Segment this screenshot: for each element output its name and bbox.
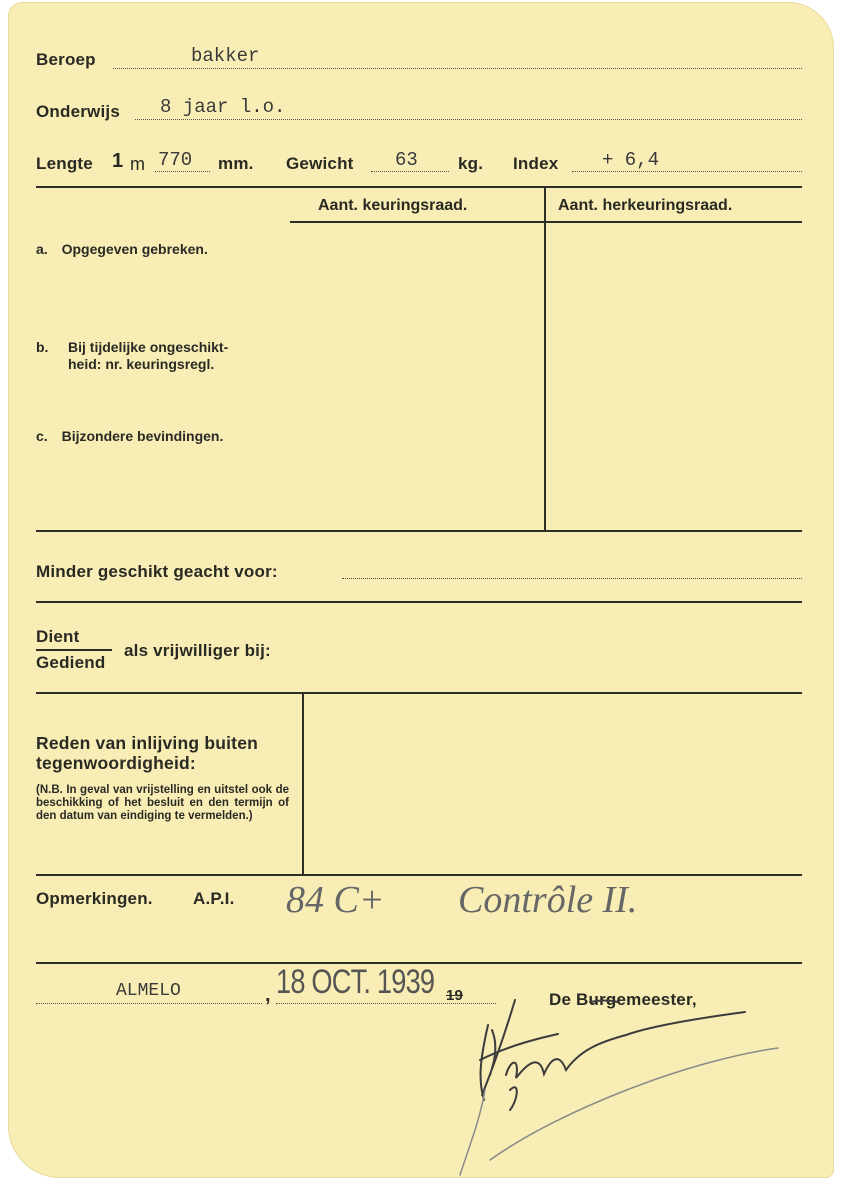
divider [36, 601, 802, 603]
opmerkingen-label: Opmerkingen. [36, 889, 153, 909]
place-field[interactable]: ALMELO [36, 985, 262, 1004]
reden-title-line2: tegenwoordigheid: [36, 753, 258, 773]
herkeuringsraad-cell[interactable] [547, 224, 802, 530]
reden-title: Reden van inlijving buiten tegenwoordigh… [36, 733, 258, 773]
column-divider [544, 188, 546, 531]
row-c: c. Bijzondere bevindingen. [36, 428, 223, 444]
lengte-label: Lengte [36, 154, 93, 174]
row-c-label: Bijzondere bevindingen. [62, 428, 224, 444]
api-label: A.P.I. [193, 889, 235, 909]
row-b: b. Bij tijdelijke ongeschikt- heid: nr. … [36, 339, 48, 356]
reden-divider [302, 693, 304, 875]
comma: , [265, 984, 271, 1007]
opmerkingen-handwritten-code: 84 C+ [286, 878, 385, 922]
row-a-marker: a. [36, 241, 48, 257]
minder-geschikt-label: Minder geschikt geacht voor: [36, 562, 278, 582]
lengte-mm-unit: mm. [218, 154, 254, 174]
dient-label: Dient [36, 627, 80, 647]
lengte-meter-unit: m [130, 154, 145, 175]
row-b-marker: b. [36, 339, 48, 355]
gewicht-value: 63 [395, 149, 418, 171]
gewicht-label: Gewicht [286, 154, 354, 174]
index-field[interactable]: + 6,4 [572, 153, 802, 172]
keuringsraad-cell[interactable] [290, 224, 543, 530]
divider [36, 186, 802, 188]
divider [36, 692, 802, 694]
header-underline [290, 221, 802, 223]
row-b-label-line2: heid: nr. keuringsregl. [68, 356, 214, 373]
col-herkeuringsraad-header: Aant. herkeuringsraad. [558, 197, 732, 215]
beroep-label: Beroep [36, 50, 96, 70]
col-keuringsraad-header: Aant. keuringsraad. [318, 197, 467, 215]
row-c-marker: c. [36, 428, 48, 444]
lengte-mm-field[interactable]: 770 [155, 153, 210, 172]
opmerkingen-handwritten-note: Contrôle II. [458, 878, 637, 922]
onderwijs-value: 8 jaar l.o. [160, 96, 285, 118]
onderwijs-label: Onderwijs [36, 102, 120, 122]
index-label: Index [513, 154, 558, 174]
reden-cell[interactable] [306, 696, 802, 873]
beroep-field[interactable]: bakker [113, 50, 802, 69]
reden-title-line1: Reden van inlijving buiten [36, 733, 258, 753]
index-value: + 6,4 [602, 149, 659, 171]
beroep-value: bakker [191, 45, 259, 67]
divider [36, 530, 802, 532]
gewicht-field[interactable]: 63 [371, 153, 449, 172]
lengte-meter-value: 1 [112, 150, 123, 173]
signature-icon [440, 990, 800, 1180]
date-stamp: 18 OCT. 1939 [276, 963, 434, 1002]
vrijwilliger-label: als vrijwilliger bij: [124, 641, 271, 661]
row-b-label-line1: Bij tijdelijke ongeschikt- [68, 339, 228, 356]
fraction-bar [36, 649, 112, 651]
gewicht-unit: kg. [458, 154, 483, 174]
divider [36, 874, 802, 876]
row-a-label: Opgegeven gebreken. [62, 241, 208, 257]
row-a: a. Opgegeven gebreken. [36, 241, 208, 257]
gediend-label: Gediend [36, 653, 105, 673]
place-value: ALMELO [116, 981, 181, 1001]
onderwijs-field[interactable]: 8 jaar l.o. [135, 100, 802, 120]
reden-note: (N.B. In geval van vrijstelling en uitst… [36, 784, 289, 823]
lengte-mm-value: 770 [158, 149, 192, 171]
minder-geschikt-field[interactable] [342, 560, 802, 579]
